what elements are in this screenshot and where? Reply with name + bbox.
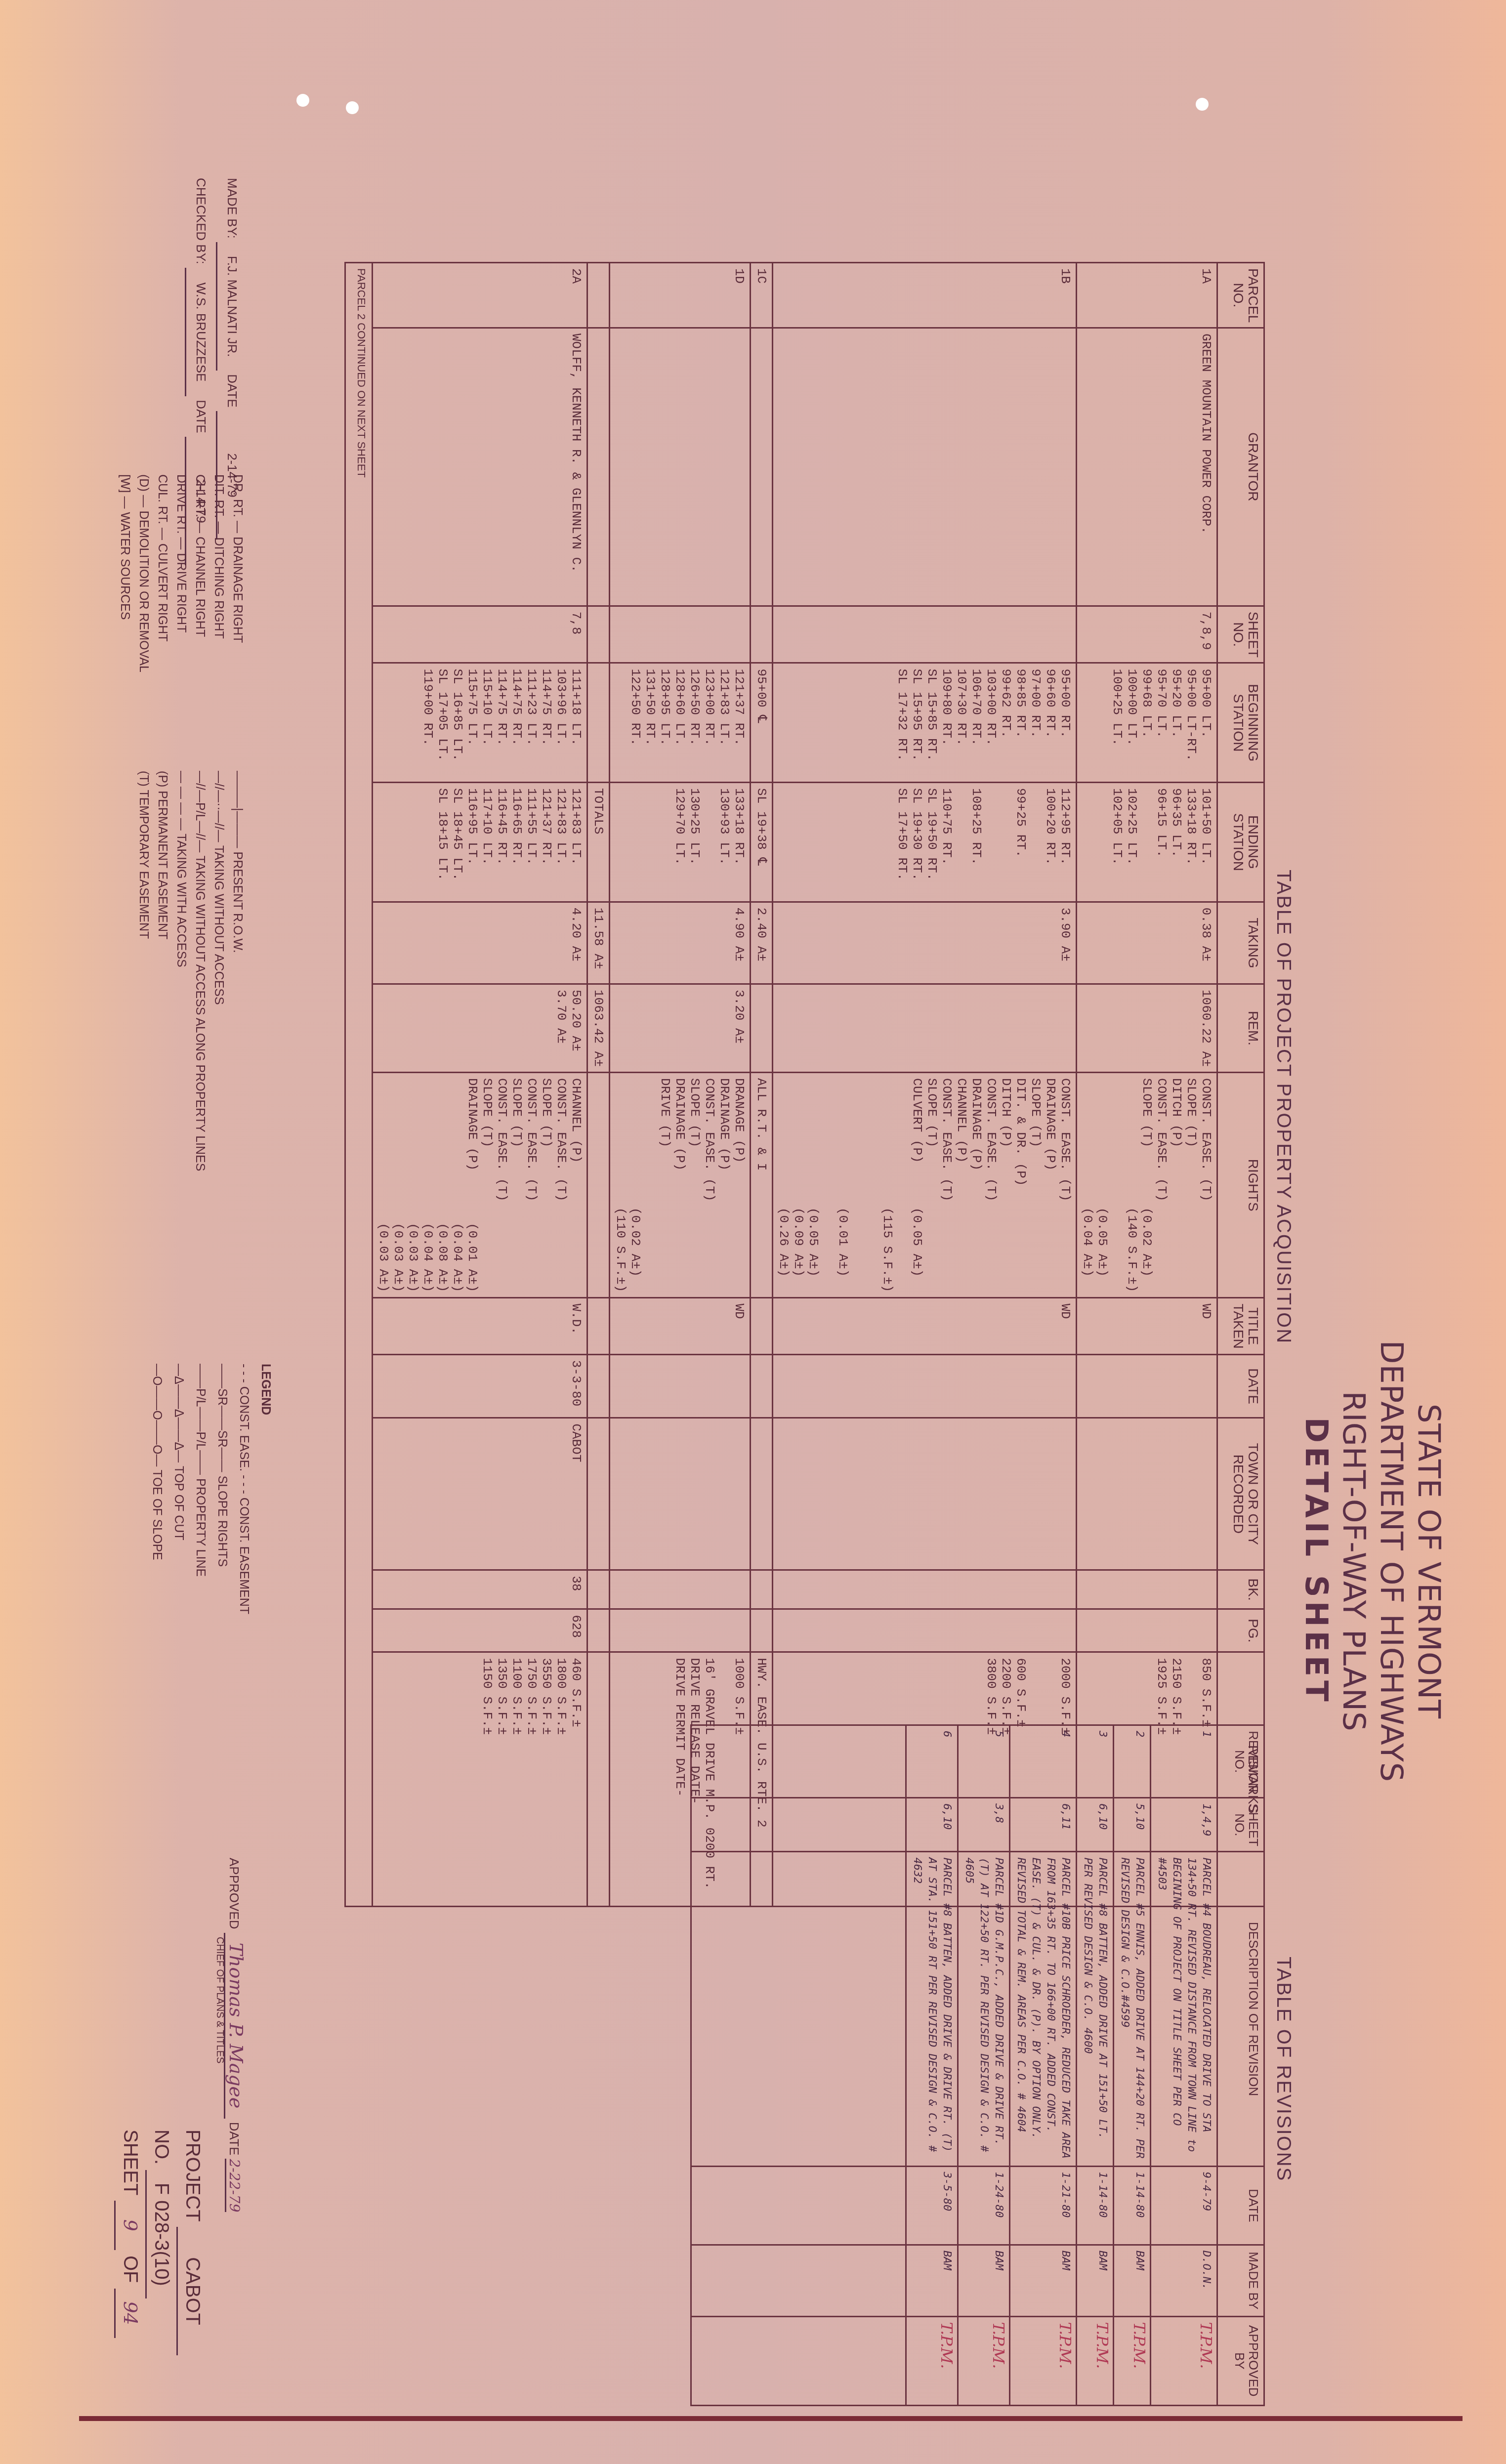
grantor — [773, 328, 1077, 606]
town — [751, 1418, 773, 1570]
parcel-row-1a: 1A GREEN MOUNTAIN POWER CORP. 7,8,9 95+0… — [1077, 263, 1217, 1907]
revision-approved-by: T.P.M. — [1151, 2316, 1217, 2405]
page: 628 — [373, 1609, 587, 1652]
revision-row: 4 6,11 PARCEL #10B PRICE SCHROEDER, REDU… — [1010, 1725, 1077, 2406]
revision-no: 3 — [1077, 1725, 1114, 1798]
revision-description: PARCEL #4 BOUDREAU, RELOCATED DRIVE TO S… — [1151, 1852, 1217, 2166]
revision-row: 6 6,10 PARCEL #8 BATTEN, ADDED DRIVE & D… — [906, 1725, 958, 2406]
col-parcel: PARCEL NO. — [1217, 263, 1264, 328]
remarks: 460 S.F.± 1800 S.F.± 3550 S.F.± 1750 S.F… — [373, 1652, 587, 1907]
abbr-channel: CH. RT. — CHANNEL RIGHT — [191, 474, 209, 672]
line-symbol-icon: —//—··—//— — [212, 771, 226, 842]
title-line-4: DETAIL SHEET — [1297, 1339, 1335, 1784]
revision-approved-by: T.P.M. — [906, 2316, 958, 2405]
legend-const-easement: - - - CONST. EASE. - - - CONST. EASEMENT — [233, 1364, 255, 1614]
end-station: 133+18 RT. 130+93 LT. 130+25 LT. 129+70 … — [610, 783, 751, 902]
sheet-no — [773, 606, 1077, 663]
acquisition-header-row: PARCEL NO. GRANTOR SHEET NO. BEGINNING S… — [1217, 263, 1264, 1907]
col-begin-station: BEGINNING STATION — [1217, 663, 1264, 783]
remainder: 1060.22 A± — [1077, 984, 1217, 1073]
revision-description: PARCEL #1D G.M.P.C., ADDED DRIVE & DRIVE… — [958, 1852, 1010, 2166]
revision-no: 2 — [1114, 1725, 1151, 1798]
date — [610, 1354, 751, 1418]
rights-qty: (0.05 A±) (115 S.F.±) (0.01 A±) (0.05 A±… — [776, 1208, 924, 1293]
checked-by-label: CHECKED BY: — [194, 178, 209, 264]
footnote-row: PARCEL 2 CONTINUED ON NEXT SHEET — [345, 263, 373, 1907]
col-pg: PG. — [1217, 1609, 1264, 1652]
rights: CHANNEL (P) CONST. EASE. (T) SLOPE (T) C… — [373, 1073, 587, 1298]
col-date: DATE — [1217, 1354, 1264, 1418]
sheet-footer: MADE BY: F.J. MALNATI JR. DATE 2-14-79 C… — [79, 178, 247, 2401]
town — [773, 1418, 1077, 1570]
revision-row: 3 6,10 PARCEL #8 BATTEN, ADDED DRIVE AT … — [1077, 1725, 1114, 2406]
made-by-name: F.J. MALNATI JR. — [216, 242, 247, 371]
title-taken — [751, 1298, 773, 1354]
title-taken: WD — [773, 1298, 1077, 1354]
revisions-header-row: REVISION NO. SHEET NO. DESCRIPTION OF RE… — [1217, 1725, 1264, 2406]
revision-approved-by: T.P.M. — [958, 2316, 1010, 2405]
project-block: PROJECT CABOT NO. F 028-3(10) SHEET 9 OF… — [114, 2130, 208, 2355]
col-revision-no: REVISION NO. — [1217, 1725, 1264, 1798]
page — [1077, 1609, 1217, 1652]
title-line-1: STATE OF VERMONT — [1410, 1339, 1448, 1784]
rights: CONST. EASE. (T) SLOPE (T) DITCH (P) CON… — [1077, 1073, 1217, 1298]
abbr-demolition-icon: (D) — DEMOLITION OR REMOVAL — [134, 474, 153, 672]
revision-row: 1 1,4,9 PARCEL #4 BOUDREAU, RELOCATED DR… — [1151, 1725, 1217, 2406]
revision-description: PARCEL #10B PRICE SCHROEDER, REDUCED TAK… — [1010, 1852, 1077, 2166]
col-sheet: SHEET NO. — [1217, 606, 1264, 663]
checked-by-name: W.S. BRUZZESE — [185, 268, 216, 396]
rights-list: CONST. EASE. (T) DRAINAGE (P) SLOPE (T) … — [910, 1078, 1073, 1202]
revision-description: PARCEL #8 BATTEN, ADDED DRIVE & DRIVE RT… — [906, 1852, 958, 2166]
legend-symbol-icon: - - - CONST. EASE. - - - — [237, 1364, 251, 1494]
line-permanent-easement: (P) PERMANENT EASEMENT — [153, 771, 172, 1171]
end-station: 101+50 LT. 133+18 RT. 96+35 LT. 96+15 LT… — [1077, 783, 1217, 902]
sheet-no — [751, 606, 773, 663]
sheet-no: 7,8 — [373, 606, 587, 663]
line-symbol-icon: — — — — — [174, 771, 188, 831]
col-grantor: GRANTOR — [1217, 328, 1264, 606]
revision-date: 1-21-80 — [1010, 2166, 1077, 2245]
taking: 4.90 A± — [610, 902, 751, 984]
legend: LEGEND - - - CONST. EASE. - - - CONST. E… — [146, 1364, 277, 1614]
revision-approved-by: T.P.M. — [1010, 2316, 1077, 2405]
abbreviations-list: DR. RT. — DRAINAGE RIGHT DIT. RT. — DITC… — [116, 474, 247, 672]
parcel-row-1d: 1D 121+37 RT. 121+83 LT. 123+00 RT. 126+… — [610, 263, 751, 1907]
revision-sheet: 6,11 — [1010, 1798, 1077, 1852]
col-rights: RIGHTS — [1217, 1073, 1264, 1298]
approval-signature: Thomas P. Magee — [224, 1933, 247, 2119]
grantor: GREEN MOUNTAIN POWER CORP. — [1077, 328, 1217, 606]
taking: 4.20 A± — [373, 902, 587, 984]
revision-description: PARCEL #8 BATTEN, ADDED DRIVE AT 151+50 … — [1077, 1852, 1114, 2166]
approval-block: APPROVED Thomas P. Magee DATE 2-22-79 CH… — [214, 1858, 247, 2212]
parcel-no: 1C — [751, 263, 773, 328]
title-taken: W.D. — [373, 1298, 587, 1354]
line-taking-with-access: — — — — TAKING WITH ACCESS — [172, 771, 191, 1171]
book — [1077, 1570, 1217, 1609]
sheet-total: 94 — [114, 2289, 145, 2338]
parcel-no: 2A — [373, 263, 587, 328]
title-line-2: DEPARTMENT OF HIGHWAYS — [1373, 1339, 1410, 1784]
grantor — [751, 328, 773, 606]
col-town: TOWN OR CITY RECORDED — [1217, 1418, 1264, 1570]
date — [751, 1354, 773, 1418]
page — [773, 1609, 1077, 1652]
totals-label: TOTALS — [587, 783, 610, 902]
revision-date: 1-14-80 — [1114, 2166, 1151, 2245]
revision-row: 5 3,8 PARCEL #1D G.M.P.C., ADDED DRIVE &… — [958, 1725, 1010, 2406]
legend-symbol-icon: —O——O——O— — [150, 1364, 164, 1466]
approved-label: APPROVED — [227, 1858, 242, 1929]
revision-no: 1 — [1151, 1725, 1217, 1798]
parcel-row-1c: 1C 95+00 ℄ SL 19+38 ℄ 2.40 A± ALL R.T. &… — [751, 263, 773, 1907]
made-date-label: DATE — [225, 374, 240, 407]
revision-sheet: 6,10 — [1077, 1798, 1114, 1852]
revision-made-by: D.O.N. — [1151, 2245, 1217, 2316]
totals-row: TOTALS 11.58 A± 1063.42 A± — [587, 263, 610, 1907]
sheet-number-line: SHEET 9 OF 94 — [114, 2130, 145, 2355]
abbr-culvert: CUL. RT. — CULVERT RIGHT — [153, 474, 172, 672]
line-temporary-easement: (T) TEMPORARY EASEMENT — [134, 771, 153, 1171]
line-symbol-icon: ———|——— — [231, 771, 245, 848]
total-remainder: 1063.42 A± — [587, 984, 610, 1073]
date: 3-3-80 — [373, 1354, 587, 1418]
revision-made-by: BAM — [1010, 2245, 1077, 2316]
abbr-ditching: DIT. RT. — DITCHING RIGHT — [209, 474, 228, 672]
acquisition-caption: TABLE OF PROJECT PROPERTY ACQUISITION — [1272, 870, 1295, 1344]
approval-date: 2-22-79 — [225, 2159, 243, 2212]
line-taking-without-access-pl: —//—P/L—//— TAKING WITHOUT ACCESS ALONG … — [191, 771, 209, 1171]
revision-no: 6 — [906, 1725, 958, 1798]
abbr-water-source-icon: [W] — WATER SOURCES — [116, 474, 134, 672]
line-symbol-icon: —//—P/L—//— — [193, 771, 207, 852]
revision-sheet: 1,4,9 — [1151, 1798, 1217, 1852]
legend-slope-rights: ——SR——SR—— SLOPE RIGHTS — [211, 1364, 233, 1614]
col-sheet-no: SHEET NO. — [1217, 1798, 1264, 1852]
revisions-caption: TABLE OF REVISIONS — [1272, 1957, 1295, 2181]
rights-list: DRANAGE (P) DRAINAGE (P) CONST. EASE. (T… — [658, 1078, 747, 1202]
revision-approved-by: T.P.M. — [1114, 2316, 1151, 2405]
revision-approved-by: T.P.M. — [1077, 2316, 1114, 2405]
legend-symbol-icon: ——SR——SR—— — [215, 1364, 229, 1472]
town: CABOT — [373, 1418, 587, 1570]
revision-sheet: 3,8 — [958, 1798, 1010, 1852]
revision-date: 1-14-80 — [1077, 2166, 1114, 2245]
rights-qty: (0.02 A±) (140 S.F.±) (0.05 A±) (0.04 A±… — [1080, 1208, 1154, 1293]
title-line-3: RIGHT-OF-WAY PLANS — [1335, 1339, 1373, 1784]
end-station: SL 19+38 ℄ — [751, 783, 773, 902]
revision-row-empty — [691, 1725, 906, 2406]
grantor — [610, 328, 751, 606]
end-station: 121+83 LT. 121+83 LT. 121+37 RT. 111+55 … — [373, 783, 587, 902]
parcel-no: 1A — [1077, 263, 1217, 328]
col-title-taken: TITLE TAKEN — [1217, 1298, 1264, 1354]
taking: 2.40 A± — [751, 902, 773, 984]
rights-qty: (0.02 A±) (110 S.F.±) — [613, 1208, 672, 1293]
col-rem: REM. — [1217, 984, 1264, 1073]
detail-sheet-landscape: STATE OF VERMONT DEPARTMENT OF HIGHWAYS … — [59, 30, 1482, 2441]
revision-date: 3-5-80 — [906, 2166, 958, 2245]
taking: 3.90 A± — [773, 902, 1077, 984]
scanned-sheet: STATE OF VERMONT DEPARTMENT OF HIGHWAYS … — [0, 0, 1506, 2464]
parcel-row-2a: 2A WOLFF, KENNETH R. & GLENNLYN C. 7,8 1… — [373, 263, 587, 1907]
revision-sheet: 5,10 — [1114, 1798, 1151, 1852]
revision-sheet: 6,10 — [906, 1798, 958, 1852]
col-taking: TAKING — [1217, 902, 1264, 984]
rights-list: CHANNEL (P) CONST. EASE. (T) SLOPE (T) C… — [465, 1078, 584, 1202]
remainder: 50.20 A± 3.70 A± — [373, 984, 587, 1073]
sheet-no: 7,8,9 — [1077, 606, 1217, 663]
date — [1077, 1354, 1217, 1418]
checked-date-label: DATE — [194, 400, 209, 433]
date — [773, 1354, 1077, 1418]
town — [1077, 1418, 1217, 1570]
revision-no: 5 — [958, 1725, 1010, 1798]
col-end-station: ENDING STATION — [1217, 783, 1264, 902]
revision-made-by: BAM — [1114, 2245, 1151, 2316]
legend-symbol-icon: —Δ——Δ——Δ— — [172, 1364, 186, 1462]
begin-station: 111+18 LT. 103+96 LT. 114+75 RT. 111+23 … — [373, 663, 587, 783]
col-made-by: MADE BY — [1217, 2245, 1264, 2316]
project-line: PROJECT CABOT — [176, 2130, 208, 2355]
book — [773, 1570, 1077, 1609]
taking: 0.38 A± — [1077, 902, 1217, 984]
rights: DRANAGE (P) DRAINAGE (P) CONST. EASE. (T… — [610, 1073, 751, 1298]
grantor: WOLFF, KENNETH R. & GLENNLYN C. — [373, 328, 587, 606]
book — [751, 1570, 773, 1609]
project-name: CABOT — [176, 2227, 208, 2355]
title-block: STATE OF VERMONT DEPARTMENT OF HIGHWAYS … — [1297, 1339, 1448, 1784]
legend-symbol-icon: ——P/L——P/L—— — [194, 1364, 208, 1475]
sheet-number: 9 — [114, 2201, 145, 2250]
town — [610, 1418, 751, 1570]
rights: ALL R.T. & I — [751, 1073, 773, 1298]
rights-qty: (0.01 A±) (0.04 A±) (0.08 A±) (0.04 A±) … — [376, 1223, 480, 1292]
line-symbols: ———|——— PRESENT R.O.W. —//—··—//— TAKING… — [134, 771, 247, 1171]
remainder — [751, 984, 773, 1073]
revisions-table: REVISION NO. SHEET NO. DESCRIPTION OF RE… — [690, 1724, 1265, 2406]
col-date: DATE — [1217, 2166, 1264, 2245]
revision-no: 4 — [1010, 1725, 1077, 1798]
book — [610, 1570, 751, 1609]
page — [751, 1609, 773, 1652]
revision-date: 1-24-80 — [958, 2166, 1010, 2245]
book: 38 — [373, 1570, 587, 1609]
acquisition-table: PARCEL NO. GRANTOR SHEET NO. BEGINNING S… — [344, 262, 1265, 1907]
legend-top-of-cut: —Δ——Δ——Δ— TOP OF CUT — [168, 1364, 190, 1614]
begin-station: 95+00 RT. 96+60 RT. 97+00 RT. 98+85 RT. … — [773, 663, 1077, 783]
abbr-drive: DRIVE RT. — DRIVE RIGHT — [172, 474, 191, 672]
revision-row: 2 5,10 PARCEL #5 ENNIS, ADDED DRIVE AT 1… — [1114, 1725, 1151, 2406]
revision-made-by: BAM — [958, 2245, 1010, 2316]
made-by-label: MADE BY: — [225, 178, 240, 239]
sheet-no — [610, 606, 751, 663]
page — [610, 1609, 751, 1652]
abbr-drainage: DR. RT. — DRAINAGE RIGHT — [228, 474, 247, 672]
remainder: 3.20 A± — [610, 984, 751, 1073]
legend-property-line: ——P/L——P/L—— PROPERTY LINE — [190, 1364, 211, 1614]
rights-list: CONST. EASE. (T) SLOPE (T) DITCH (P) CON… — [1139, 1078, 1213, 1202]
line-present-row: ———|——— PRESENT R.O.W. — [228, 771, 247, 1171]
total-taking: 11.58 A± — [587, 902, 610, 984]
title-taken: WD — [610, 1298, 751, 1354]
approval-date-label: DATE — [227, 2122, 242, 2155]
end-station: 112+95 RT. 100+20 RT. 99+25 RT. 108+25 R… — [773, 783, 1077, 902]
begin-station: 95+00 LT. 95+00 LT-RT. 95+20 LT. 95+70 L… — [1077, 663, 1217, 783]
begin-station: 95+00 ℄ — [751, 663, 773, 783]
title-taken: WD — [1077, 1298, 1217, 1354]
col-bk: BK. — [1217, 1570, 1264, 1609]
revision-description: PARCEL #5 ENNIS, ADDED DRIVE AT 144+20 R… — [1114, 1852, 1151, 2166]
legend-toe-of-slope: —O——O——O— TOE OF SLOPE — [146, 1364, 168, 1614]
col-description: DESCRIPTION OF REVISION — [1217, 1852, 1264, 2166]
col-approved-by: APPROVED BY — [1217, 2316, 1264, 2405]
parcel-row-1b: 1B 95+00 RT. 96+60 RT. 97+00 RT. 98+85 R… — [773, 263, 1077, 1907]
revision-made-by: BAM — [906, 2245, 958, 2316]
remainder — [773, 984, 1077, 1073]
parcel-no: 1B — [773, 263, 1077, 328]
legend-title: LEGEND — [255, 1364, 277, 1614]
revision-date: 9-4-79 — [1151, 2166, 1217, 2245]
begin-station: 121+37 RT. 121+83 LT. 123+00 RT. 126+50 … — [610, 663, 751, 783]
continued-note: PARCEL 2 CONTINUED ON NEXT SHEET — [345, 263, 373, 1907]
revision-made-by: BAM — [1077, 2245, 1114, 2316]
project-number: F 028-3(10) — [145, 2170, 176, 2298]
parcel-no: 1D — [610, 263, 751, 328]
rights-list: ALL R.T. & I — [754, 1078, 769, 1170]
project-no-line: NO. F 028-3(10) — [145, 2130, 176, 2355]
rights: CONST. EASE. (T) DRAINAGE (P) SLOPE (T) … — [773, 1073, 1077, 1298]
line-taking-without-access: —//—··—//— TAKING WITHOUT ACCESS — [209, 771, 228, 1171]
